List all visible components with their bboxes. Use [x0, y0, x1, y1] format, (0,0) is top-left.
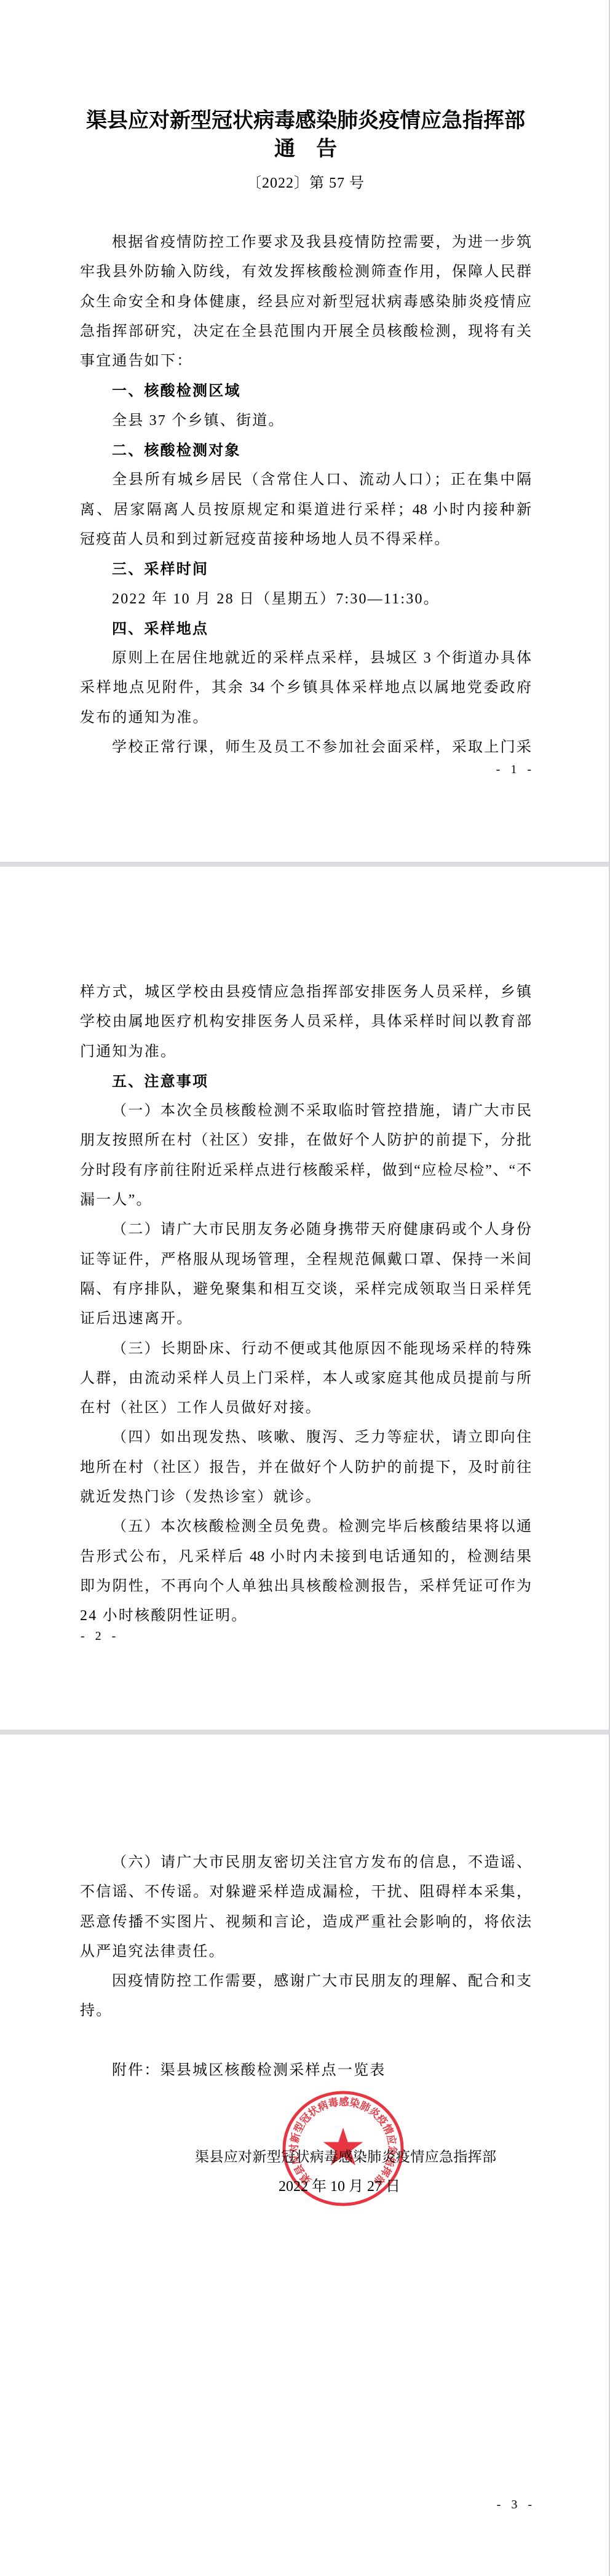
- body-text-line: 全县 37 个乡镇、街道。: [80, 406, 531, 435]
- body-text-line: 证后迅速离开。: [80, 1304, 531, 1334]
- body-text-line: 地所在村（社区）报告，并在做好个人防护的前提下，及时前往: [80, 1453, 531, 1482]
- body-text-line: 原则上在居住地就近的采样点采样，县城区 3 个街道办具体: [80, 643, 531, 673]
- body-text-line: 采样地点见附件，其余 34 个乡镇具体采样地点以属地党委政府: [80, 673, 531, 702]
- body-text-line: 分时段有序前往附近采样点进行核酸采样，做到“应检尽检”、“不: [80, 1156, 531, 1185]
- page-2: 样方式，城区学校由县疫情应急指挥部安排医务人员采样，乡镇 学校由属地医疗机构安排…: [0, 867, 609, 1730]
- body-text-line: 恶意传播不实图片、视频和言论，造成严重社会影响的，将依法: [80, 1907, 531, 1937]
- body-text-line: 学校正常行课，师生及员工不参加社会面采样，采取上门采: [80, 733, 531, 762]
- body-text-line: 牢我县外防输入防线，有效发挥核酸检测筛查作用，保障人民群: [80, 257, 531, 287]
- section-heading: 四、采样地点: [80, 614, 531, 643]
- document-subtitle: 通 告: [80, 137, 531, 162]
- body-text-line: （三）长期卧床、行动不便或其他原因不能现场采样的特殊: [80, 1334, 531, 1364]
- body-text-line: 持。: [80, 1996, 531, 2025]
- body-text-line: 即为阴性，不再向个人单独出具核酸检测报告，采样凭证可作为: [80, 1572, 531, 1601]
- body-text-line: 因疫情防控工作需要，感谢广大市民朋友的理解、配合和支: [80, 1966, 531, 1996]
- body-text-line: 根据省疫情防控工作要求及我县疫情防控需要，为进一步筑: [80, 228, 531, 257]
- body-text-line: 2022 年 10 月 28 日（星期五）7:30—11:30。: [80, 584, 531, 614]
- body-text-line: 全县所有城乡居民（含常住人口、流动人口）；正在集中隔: [80, 465, 531, 495]
- section-heading: 三、采样时间: [80, 554, 531, 584]
- body-text-line: 门通知为准。: [80, 1037, 531, 1067]
- body-text-line: 漏一人”。: [80, 1185, 531, 1215]
- section-heading: 五、注意事项: [80, 1067, 531, 1096]
- body-text-line: 人群，由流动采样人员上门采样，本人或家庭其他成员提前与所: [80, 1364, 531, 1393]
- document-number: 〔2022〕第 57 号: [80, 173, 531, 193]
- body-text-line: 学校由属地医疗机构安排医务人员采样，具体采样时间以教育部: [80, 1007, 531, 1036]
- body-text-line: 24 小时核酸阴性证明。: [80, 1601, 531, 1631]
- body-text-line: 离、居家隔离人员按原规定和渠道进行采样；48 小时内接种新: [80, 495, 531, 525]
- body-text-line: 样方式，城区学校由县疫情应急指挥部安排医务人员采样，乡镇: [80, 977, 531, 1007]
- body-text-line: 不信谣、不传谣。对躲避采样造成漏检，干扰、阻碍样本采集，: [80, 1877, 531, 1907]
- body-text-line: 从严追究法律责任。: [80, 1937, 531, 1966]
- body-text-line: （六）请广大市民朋友密切关注官方发布的信息，不造谣、: [80, 1848, 531, 1877]
- page-1-body: 根据省疫情防控工作要求及我县疫情防控需要，为进一步筑 牢我县外防输入防线，有效发…: [80, 228, 531, 762]
- page-1: 渠县应对新型冠状病毒感染肺炎疫情应急指挥部 通 告 〔2022〕第 57 号 根…: [0, 0, 609, 862]
- body-text-line: 众生命安全和身体健康，经县应对新型冠状病毒感染肺炎疫情应: [80, 287, 531, 317]
- body-text-line: （五）本次核酸检测全员免费。检测完毕后核酸结果将以通: [80, 1512, 531, 1541]
- page-number: - 2 -: [81, 1629, 119, 1643]
- page-number: - 3 -: [497, 2498, 536, 2511]
- body-text-line: 在村（社区）工作人员做好对接。: [80, 1393, 531, 1423]
- page-3: （六）请广大市民朋友密切关注官方发布的信息，不造谣、 不信谣、不传谣。对躲避采样…: [0, 1735, 609, 2576]
- section-heading: 一、核酸检测区域: [80, 376, 531, 405]
- body-text-line: 隔、有序排队，避免聚集和相互交谈，采样完成领取当日采样凭: [80, 1274, 531, 1304]
- document-title: 渠县应对新型冠状病毒感染肺炎疫情应急指挥部: [80, 108, 531, 134]
- section-heading: 二、核酸检测对象: [80, 435, 531, 465]
- body-text-line: 告形式公布，凡采样后 48 小时内未接到电话通知的，检测结果: [80, 1542, 531, 1572]
- body-text-line: 急指挥部研究，决定在全县范围内开展全员核酸检测，现将有关: [80, 317, 531, 346]
- body-text-line: （四）如出现发热、咳嗽、腹泻、乏力等症状，请立即向住: [80, 1423, 531, 1452]
- body-text-line: （二）请广大市民朋友务必随身携带天府健康码或个人身份: [80, 1215, 531, 1244]
- body-text-line: 冠疫苗人员和到过新冠疫苗接种场地人员不得采样。: [80, 525, 531, 554]
- page-2-body: 样方式，城区学校由县疫情应急指挥部安排医务人员采样，乡镇 学校由属地医疗机构安排…: [80, 977, 531, 1631]
- body-text-line: （一）本次全员核酸检测不采取临时管控措施，请广大市民: [80, 1096, 531, 1126]
- page-gap: [0, 1730, 610, 1735]
- body-text-line: 证等证件，严格服从现场管理，全程规范佩戴口罩、保持一米间: [80, 1245, 531, 1274]
- page-3-body: （六）请广大市民朋友密切关注官方发布的信息，不造谣、 不信谣、不传谣。对躲避采样…: [80, 1848, 531, 2085]
- body-text-line: 就近发热门诊（发热诊室）就诊。: [80, 1482, 531, 1512]
- body-text-line: 发布的通知为准。: [80, 703, 531, 733]
- blank-line: [80, 2026, 531, 2056]
- body-text-line: 朋友按照所在村（社区）安排，在做好个人防护的前提下，分批: [80, 1126, 531, 1155]
- attachment-line: 附件：渠县城区核酸检测采样点一览表: [80, 2056, 531, 2085]
- page-gap: [0, 862, 610, 867]
- official-seal: 渠县应对新型冠状病毒感染肺炎疫情应急指挥部: [282, 2090, 405, 2207]
- body-text-line: 事宜通告如下：: [80, 346, 531, 376]
- page-number: - 1 -: [496, 763, 535, 776]
- star-icon: [323, 2128, 363, 2166]
